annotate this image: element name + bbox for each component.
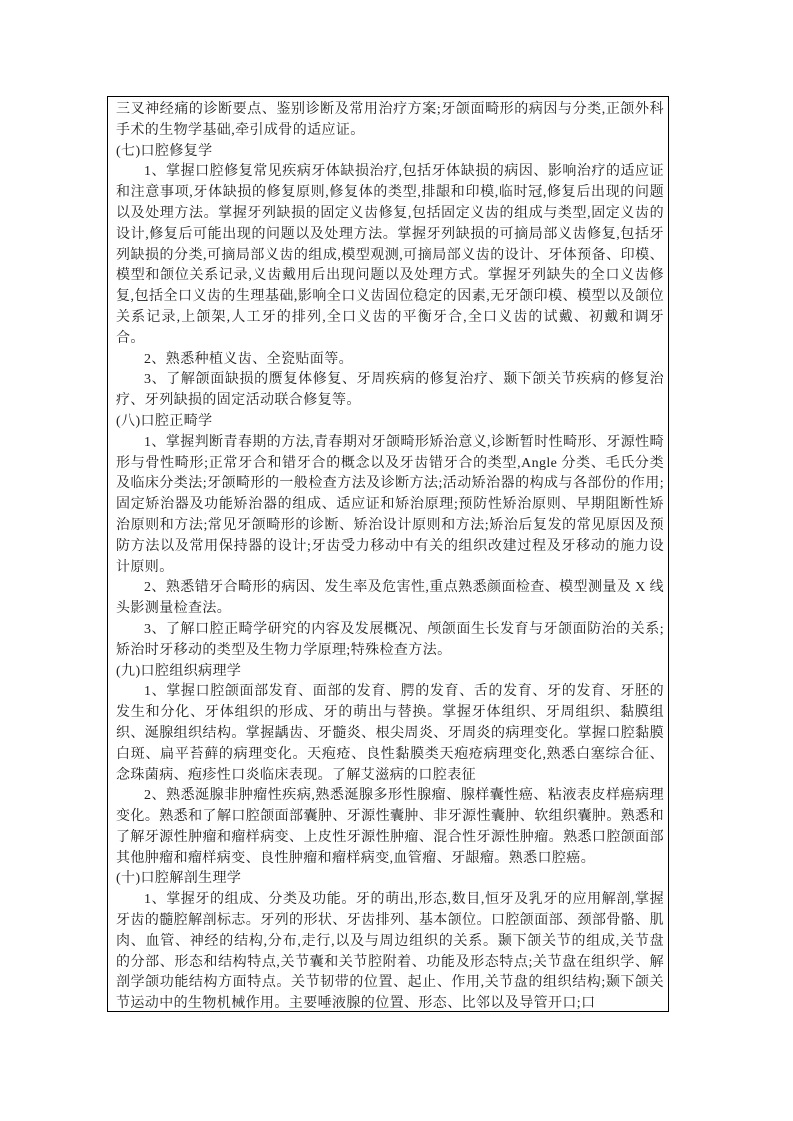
section-heading: (十)口腔解剖生理学 (116, 869, 664, 890)
paragraph: 2、熟悉涎腺非肿瘤性疾病,熟悉涎腺多形性腺瘤、腺样囊性癌、粘液表皮样癌病理变化。… (116, 786, 664, 869)
paragraph: 3、了解口腔正畸学研究的内容及发展概况、颅颌面生长发育与牙颌面防治的关系;矫治时… (116, 620, 664, 662)
document-page: 三叉神经痛的诊断要点、鉴别诊断及常用治疗方案;牙颌面畸形的病因与分类,正颌外科手… (0, 0, 793, 1121)
paragraph: 1、掌握口腔修复常见疾病牙体缺损治疗,包括牙体缺损的病因、影响治疗的适应证和注意… (116, 162, 664, 349)
paragraph: 三叉神经痛的诊断要点、鉴别诊断及常用治疗方案;牙颌面畸形的病因与分类,正颌外科手… (116, 100, 664, 142)
paragraph: 3、了解颌面缺损的赝复体修复、牙周疾病的修复治疗、颞下颌关节疾病的修复治疗、牙列… (116, 370, 664, 412)
section-heading: (九)口腔组织病理学 (116, 662, 664, 683)
paragraph: 2、熟悉错牙合畸形的病因、发生率及危害性,重点熟悉颜面检查、模型测量及 X 线头… (116, 578, 664, 620)
paragraph: 1、掌握口腔颌面部发育、面部的发育、腭的发育、舌的发育、牙的发育、牙胚的发生和分… (116, 682, 664, 786)
paragraph: 1、掌握牙的组成、分类及功能。牙的萌出,形态,数目,恒牙及乳牙的应用解剖,掌握牙… (116, 890, 664, 1012)
paragraph: 1、掌握判断青春期的方法,青春期对牙颌畸形矫治意义,诊断暂时性畸形、牙源性畸形与… (116, 433, 664, 579)
paragraph: 2、熟悉种植义齿、全瓷贴面等。 (116, 350, 664, 371)
section-heading: (七)口腔修复学 (116, 142, 664, 163)
syllabus-table-cell: 三叉神经痛的诊断要点、鉴别诊断及常用治疗方案;牙颌面畸形的病因与分类,正颌外科手… (107, 96, 669, 1012)
section-heading: (八)口腔正畸学 (116, 412, 664, 433)
